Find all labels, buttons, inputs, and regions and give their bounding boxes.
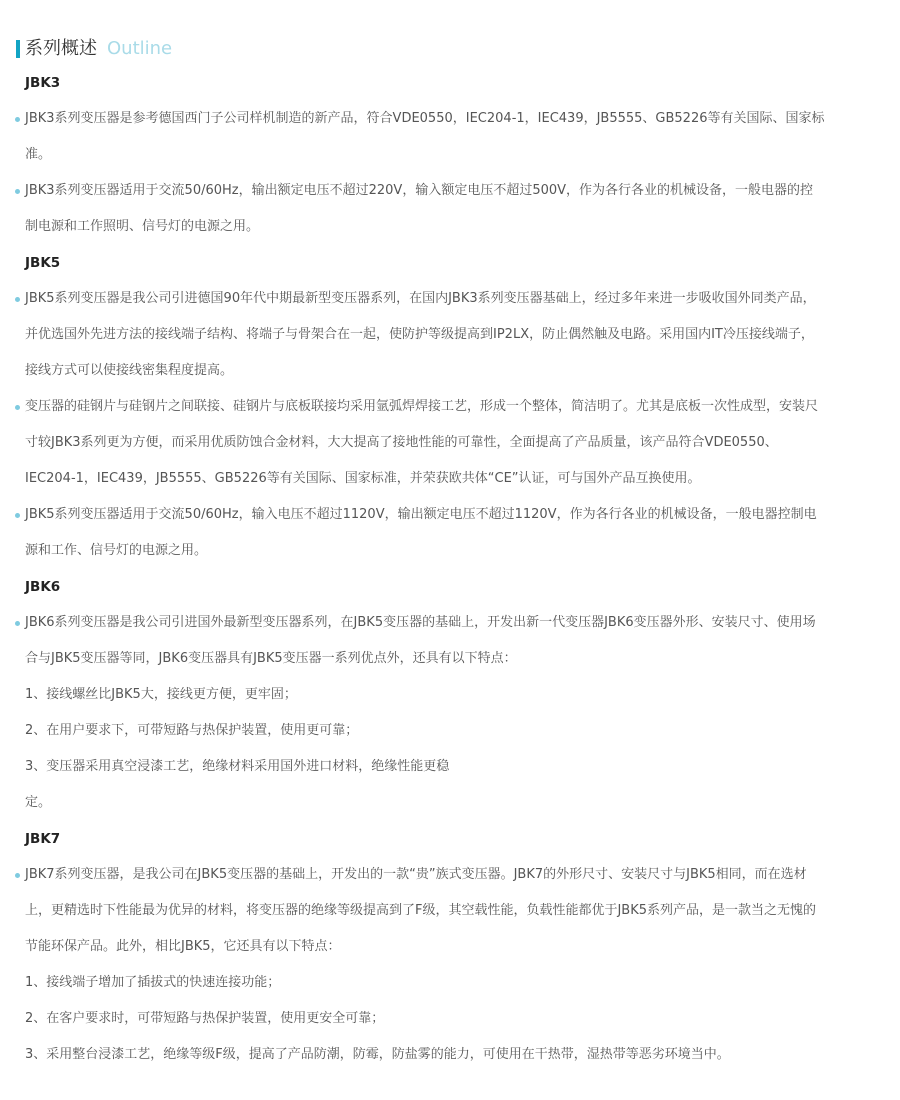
paragraph-line: JBK7系列变压器，是我公司在JBK5变压器的基础上，开发出的一款“贵”族式变压… [25, 857, 883, 893]
paragraph-line: 合与JBK5变压器等同，JBK6变压器具有JBK5变压器一系列优点外，还具有以下… [25, 641, 883, 677]
paragraph-line: 1、接线螺丝比JBK5大，接线更方便，更牢固； [25, 677, 883, 713]
product-heading-jbk6: JBK6 [25, 569, 60, 605]
bullet-paragraph: JBK5系列变压器适用于交流50/60Hz，输入电压不超过1120V，输出额定电… [25, 497, 883, 569]
paragraph-line: 制电源和工作照明、信号灯的电源之用。 [25, 209, 883, 245]
section-title: 系列概述 Outline [16, 38, 172, 60]
product-heading-jbk3: JBK3 [25, 65, 60, 101]
paragraph-line: JBK3系列变压器是参考德国西门子公司样机制造的新产品，符合VDE0550，IE… [25, 101, 883, 137]
bullet-paragraph: 变压器的硅钢片与硅钢片之间联接、硅钢片与底板联接均采用氩弧焊焊接工艺，形成一个整… [25, 389, 883, 497]
product-heading-jbk5: JBK5 [25, 245, 60, 281]
feature-item: 3、采用整台浸漆工艺，绝缘等级F级，提高了产品防潮，防霉，防盐雾的能力，可使用在… [25, 1037, 883, 1073]
paragraph-line: 1、接线端子增加了插拔式的快速连接功能； [25, 965, 883, 1001]
paragraph-line: 节能环保产品。此外，相比JBK5，它还具有以下特点： [25, 929, 883, 965]
feature-item: 2、在客户要求时，可带短路与热保护装置，使用更安全可靠； [25, 1001, 883, 1037]
feature-item: 2、在用户要求下，可带短路与热保护装置，使用更可靠； [25, 713, 883, 749]
paragraph-line: JBK5系列变压器适用于交流50/60Hz，输入电压不超过1120V，输出额定电… [25, 497, 883, 533]
paragraph-line: 变压器的硅钢片与硅钢片之间联接、硅钢片与底板联接均采用氩弧焊焊接工艺，形成一个整… [25, 389, 883, 425]
paragraph-line: 2、在客户要求时，可带短路与热保护装置，使用更安全可靠； [25, 1001, 883, 1037]
feature-item: 1、接线端子增加了插拔式的快速连接功能； [25, 965, 883, 1001]
paragraph-line: JBK5系列变压器是我公司引进德国90年代中期最新型变压器系列，在国内JBK3系… [25, 281, 883, 317]
paragraph-line: 并优选国外先进方法的接线端子结构、将端子与骨架合在一起，使防护等级提高到IP2L… [25, 317, 883, 353]
section-title-cn: 系列概述 [25, 38, 97, 60]
bullet-paragraph: JBK5系列变压器是我公司引进德国90年代中期最新型变压器系列，在国内JBK3系… [25, 281, 883, 389]
product-heading-jbk7: JBK7 [25, 821, 60, 857]
paragraph-line: 源和工作、信号灯的电源之用。 [25, 533, 883, 569]
paragraph-line: 3、采用整台浸漆工艺，绝缘等级F级，提高了产品防潮，防霉，防盐雾的能力，可使用在… [25, 1037, 883, 1073]
bullet-paragraph: JBK3系列变压器是参考德国西门子公司样机制造的新产品，符合VDE0550，IE… [25, 101, 883, 173]
feature-item: 3、变压器采用真空浸漆工艺，绝缘材料采用国外进口材料，绝缘性能更稳定。 [25, 749, 883, 821]
bullet-paragraph: JBK3系列变压器适用于交流50/60Hz，输出额定电压不超过220V，输入额定… [25, 173, 883, 245]
paragraph-line: 定。 [25, 785, 883, 821]
feature-item: 1、接线螺丝比JBK5大，接线更方便，更牢固； [25, 677, 883, 713]
paragraph-line: 2、在用户要求下，可带短路与热保护装置，使用更可靠； [25, 713, 883, 749]
paragraph-line: IEC204-1，IEC439，JB5555、GB5226等有关国际、国家标准，… [25, 461, 883, 497]
bullet-paragraph: JBK7系列变压器，是我公司在JBK5变压器的基础上，开发出的一款“贵”族式变压… [25, 857, 883, 965]
paragraph-line: JBK3系列变压器适用于交流50/60Hz，输出额定电压不超过220V，输入额定… [25, 173, 883, 209]
paragraph-line: 寸较JBK3系列更为方便，而采用优质防蚀合金材料，大大提高了接地性能的可靠性，全… [25, 425, 883, 461]
paragraph-line: 3、变压器采用真空浸漆工艺，绝缘材料采用国外进口材料，绝缘性能更稳 [25, 749, 883, 785]
title-accent-bar [16, 40, 20, 58]
paragraph-line: JBK6系列变压器是我公司引进国外最新型变压器系列，在JBK5变压器的基础上，开… [25, 605, 883, 641]
section-title-en: Outline [107, 38, 172, 60]
paragraph-line: 准。 [25, 137, 883, 173]
paragraph-line: 上，更精选时下性能最为优异的材料，将变压器的绝缘等级提高到了F级，其空载性能，负… [25, 893, 883, 929]
bullet-paragraph: JBK6系列变压器是我公司引进国外最新型变压器系列，在JBK5变压器的基础上，开… [25, 605, 883, 677]
paragraph-line: 接线方式可以使接线密集程度提高。 [25, 353, 883, 389]
